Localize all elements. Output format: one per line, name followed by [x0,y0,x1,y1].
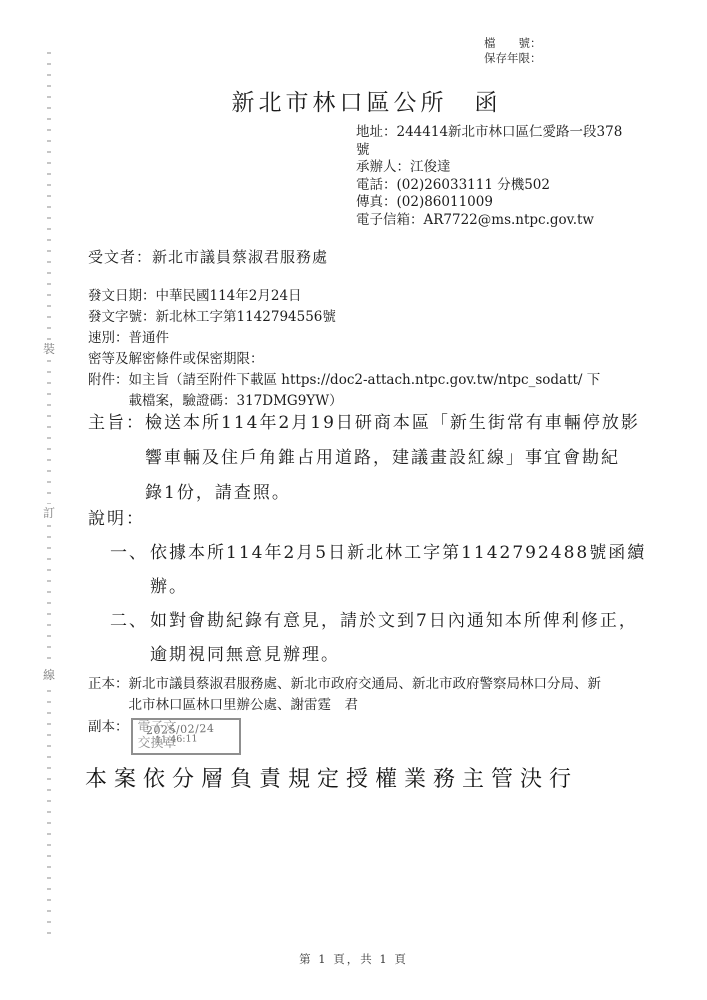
file-number-block: 檔 號： 保存年限： [484,36,542,66]
original-copy-recipients: 新北市議員蔡淑君服務處、新北市政府交通局、新北市政府警察局林口分局、新 北市林口… [129,674,602,715]
item-number: 一、 [110,536,150,570]
original-copy-label: 正本： [88,674,129,695]
sender-email: 電子信箱：AR7722@ms.ntpc.gov.tw [356,212,656,230]
description-label: 說明： [88,502,668,536]
binding-mark-xian: 線 [40,666,58,685]
item-text: 依據本所114年2月5日新北林工字第1142792488號函續 辦。 [150,536,646,604]
description-item: 一、 依據本所114年2月5日新北林工字第1142792488號函續 辦。 [88,536,668,604]
binding-dotted-line: 裝 訂 線 [47,52,51,942]
security-line: 密等及解密條件或保密期限： [88,349,658,370]
document-meta-block: 發文日期：中華民國114年2月24日 發文字號：新北林工字第1142794556… [88,286,658,412]
page-number-footer: 第 1 頁，共 1 頁 [0,951,707,967]
cc-copy-line: 副本： 電子文 交換章 2025/02/24 11:46:11 [88,717,668,755]
copies-section: 正本： 新北市議員蔡淑君服務處、新北市政府交通局、新北市政府警察局林口分局、新 … [88,674,668,755]
recipient-line: 受文者：新北市議員蔡淑君服務處 [88,246,328,267]
original-copy-line: 正本： 新北市議員蔡淑君服務處、新北市政府交通局、新北市政府警察局林口分局、新 … [88,674,668,715]
description-item: 二、 如對會勘紀錄有意見，請於文到7日內通知本所俾利修正， 逾期視同無意見辦理。 [88,604,668,672]
item-number: 二、 [110,604,150,638]
subject-section: 主旨： 檢送本所114年2月19日研商本區「新生街常有車輛停放影 響車輛及住戶角… [88,406,658,511]
file-number-label: 檔 號： [484,36,542,51]
subject-text: 檢送本所114年2月19日研商本區「新生街常有車輛停放影 響車輛及住戶角錐占用道… [145,406,640,511]
retention-period-label: 保存年限： [484,51,542,66]
sender-phone: 電話：(02)26033111 分機502 [356,177,656,195]
subject-label: 主旨： [88,406,145,441]
attachment-label: 附件： [88,370,129,391]
issue-date-line: 發文日期：中華民國114年2月24日 [88,286,658,307]
sender-address: 地址：244414新北市林口區仁愛路一段378 號 [356,124,656,159]
electronic-exchange-stamp: 電子文 交換章 2025/02/24 11:46:11 [131,718,241,755]
authorization-statement: 本案依分層負責規定授權業務主管決行 [85,762,578,793]
description-section: 說明： 一、 依據本所114年2月5日新北林工字第1142792488號函續 辦… [88,502,668,672]
item-text: 如對會勘紀錄有意見，請於文到7日內通知本所俾利修正， 逾期視同無意見辦理。 [150,604,638,672]
stamp-time: 11:46:11 [154,729,197,751]
binding-mark-ding: 訂 [40,504,58,523]
doc-number-line: 發文字號：新北林工字第1142794556號 [88,307,658,328]
binding-mark-zhuang: 裝 [40,340,58,359]
sender-info-block: 地址：244414新北市林口區仁愛路一段378 號 承辦人：江俊達 電話：(02… [356,124,656,229]
priority-line: 速別：普通件 [88,328,658,349]
document-title: 新北市林口區公所 函 [0,84,707,117]
cc-copy-label: 副本： [88,717,129,737]
sender-fax: 傳真：(02)86011009 [356,194,656,212]
sender-contact-person: 承辦人：江俊達 [356,159,656,177]
document-page: 裝 訂 線 檔 號： 保存年限： 新北市林口區公所 函 地址：244414新北市… [0,0,707,1000]
